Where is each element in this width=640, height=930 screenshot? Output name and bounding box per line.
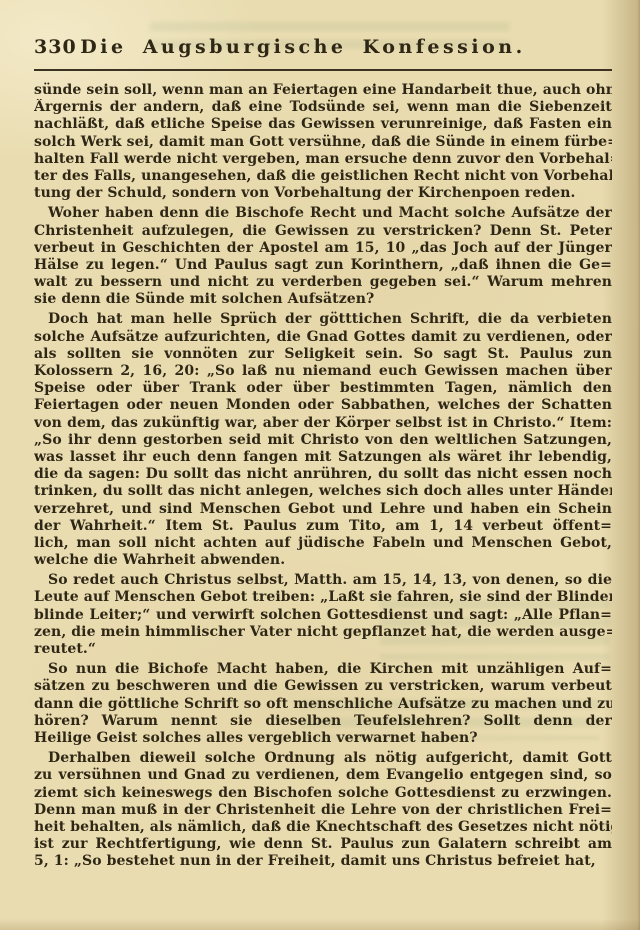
text-line: was lasset ihr euch denn fangen mit Satz… xyxy=(34,449,612,466)
text-line: 5, 1: „So bestehet nun in der Freiheit, … xyxy=(34,853,612,870)
text-line: welche die Wahrheit abwenden. xyxy=(34,552,612,569)
text-line: Kolossern 2, 16, 20: „So laß nu niemand … xyxy=(34,363,612,380)
text-line: walt zu bessern und nicht zu verderben g… xyxy=(34,274,612,291)
text-line: So nun die Bichofe Macht haben, die Kirc… xyxy=(34,661,612,678)
running-title: Die Augsburgische Konfession. xyxy=(34,36,572,58)
text-line: Denn man muß in der Christenheit die Leh… xyxy=(34,802,612,819)
paragraph: sünde sein soll, wenn man an Feiertagen … xyxy=(34,82,612,202)
text-line: Speise oder über Trank oder über bestimm… xyxy=(34,380,612,397)
text-line: Feiertagen oder neuen Monden oder Sabbat… xyxy=(34,397,612,414)
text-line: blinde Leiter;“ und verwirft solchen Got… xyxy=(34,607,612,624)
text-line: So redet auch Christus selbst, Matth. am… xyxy=(34,572,612,589)
text-line: heit behalten, als nämlich, daß die Knec… xyxy=(34,819,612,836)
text-line: nachläßt, daß etliche Speise das Gewisse… xyxy=(34,116,612,133)
text-line: solche Aufsätze aufzurichten, die Gnad G… xyxy=(34,329,612,346)
text-line: solch Werk sei, damit man Gott versühne,… xyxy=(34,134,612,151)
text-line: reutet.“ xyxy=(34,641,612,658)
text-line: dann die göttliche Schrift so oft mensch… xyxy=(34,696,612,713)
text-line: verzehret, und sind Menschen Gebot und L… xyxy=(34,501,612,518)
text-line: ter des Falls, unangesehen, daß die geis… xyxy=(34,168,612,185)
text-line: Derhalben dieweil solche Ordnung als nöt… xyxy=(34,750,612,767)
text-line: hören? Warum nennt sie dieselben Teufels… xyxy=(34,713,612,730)
page-header: 330 Die Augsburgische Konfession. xyxy=(34,36,612,62)
text-body: sünde sein soll, wenn man an Feiertagen … xyxy=(34,82,612,870)
text-line: „So ihr denn gestorben seid mit Christo … xyxy=(34,432,612,449)
text-line: ziemt sich keineswegs den Bischofen solc… xyxy=(34,785,612,802)
text-line: Heilige Geist solches alles vergeblich v… xyxy=(34,730,612,747)
text-line: sätzen zu beschweren und die Gewissen zu… xyxy=(34,678,612,695)
text-line: als sollten sie vonnöten zur Seligkeit s… xyxy=(34,346,612,363)
text-line: sie denn die Sünde mit solchen Aufsätzen… xyxy=(34,291,612,308)
book-page: 330 Die Augsburgische Konfession. sünde … xyxy=(0,0,640,930)
text-line: halten Fall werde nicht vergeben, man er… xyxy=(34,151,612,168)
paragraph: Woher haben denn die Bischofe Recht und … xyxy=(34,205,612,308)
paragraph: So redet auch Christus selbst, Matth. am… xyxy=(34,572,612,658)
text-line: Hälse zu legen.“ Und Paulus sagt zun Kor… xyxy=(34,257,612,274)
text-line: zen, die mein himmlischer Vater nicht ge… xyxy=(34,624,612,641)
text-line: von dem, das zukünftig war, aber der Kör… xyxy=(34,415,612,432)
text-line: trinken, du sollt das nicht anlegen, wel… xyxy=(34,483,612,500)
text-line: Woher haben denn die Bischofe Recht und … xyxy=(34,205,612,222)
paragraph: So nun die Bichofe Macht haben, die Kirc… xyxy=(34,661,612,747)
text-line: verbeut in Geschichten der Apostel am 15… xyxy=(34,240,612,257)
text-line: die da sagen: Du sollt das nicht anrühre… xyxy=(34,466,612,483)
text-line: Leute auf Menschen Gebot treiben: „Laßt … xyxy=(34,589,612,606)
text-line: ist zur Rechtfertigung, wie denn St. Pau… xyxy=(34,836,612,853)
text-line: Ärgernis der andern, daß eine Todsünde s… xyxy=(34,99,612,116)
text-line: der Wahrheit.“ Item St. Paulus zum Tito,… xyxy=(34,518,612,535)
text-line: tung der Schuld, sondern von Vorbehaltun… xyxy=(34,185,612,202)
paragraph: Doch hat man helle Sprüch der götttichen… xyxy=(34,311,612,569)
header-rule xyxy=(34,69,612,71)
text-line: sünde sein soll, wenn man an Feiertagen … xyxy=(34,82,612,99)
paragraph: Derhalben dieweil solche Ordnung als nöt… xyxy=(34,750,612,870)
text-line: Doch hat man helle Sprüch der götttichen… xyxy=(34,311,612,328)
text-line: zu versühnen und Gnad zu verdienen, dem … xyxy=(34,767,612,784)
text-line: lich, man soll nicht achten auf jüdische… xyxy=(34,535,612,552)
text-line: Christenheit aufzulegen, die Gewissen zu… xyxy=(34,223,612,240)
